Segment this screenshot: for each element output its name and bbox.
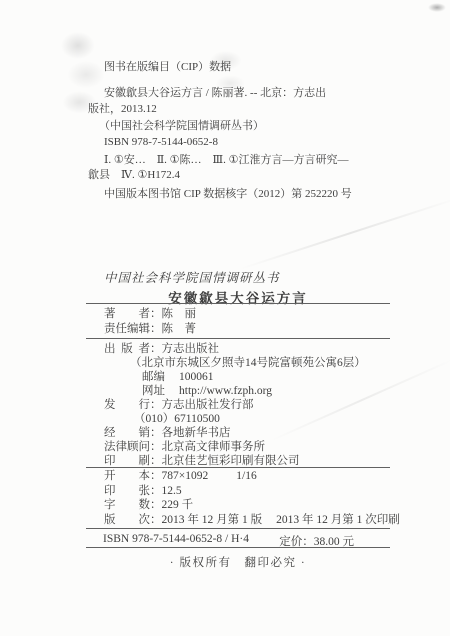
- distribution-label: 发行: [104, 398, 150, 412]
- cip-heading: 图书在版编目（CIP）数据: [86, 60, 392, 76]
- sheets-value: 12.5: [162, 485, 182, 497]
- distributor-name: 方志出版社发行部: [162, 399, 254, 411]
- website-value: http://www.fzph.org: [179, 385, 272, 397]
- book-title: 安徽歙县大谷运方言: [86, 287, 390, 307]
- divider: [86, 303, 390, 304]
- colon: ：: [150, 499, 162, 511]
- edition-row: 版次：2013 年 12 月第 1 版2013 年 12 月第 1 次印刷: [86, 513, 390, 528]
- website-row: 网址http://www.fzph.org: [86, 384, 390, 398]
- series-name: 中国社会科学院国情调研丛书: [104, 268, 280, 286]
- author-name: 陈 丽: [162, 308, 197, 320]
- cip-entry-line: 安徽歙县大谷运方言 / 陈丽著. -- 北京：方志出: [86, 86, 392, 102]
- cip-class-line: 歙县 Ⅳ. ①H172.4: [86, 168, 392, 184]
- specs-block: 开本：787×10921/16 印张：12.5 字数：229 千 版次：2013…: [86, 469, 390, 527]
- scan-speck: [428, 3, 446, 12]
- publishing-block: 出版者：方志出版社 （北京市东城区夕照寺14号院富顿苑公寓6层） 邮编10006…: [86, 342, 390, 468]
- edition-label: 版次: [104, 513, 150, 528]
- distribution-row: 发行：方志出版社发行部: [86, 398, 390, 412]
- colon: ：: [150, 441, 162, 453]
- printing-row: 印刷：北京佳艺恒彩印刷有限公司: [86, 454, 390, 468]
- sheets-row: 印张：12.5: [86, 484, 390, 499]
- divider: [86, 467, 390, 468]
- cip-block: 图书在版编目（CIP）数据 安徽歙县大谷运方言 / 陈丽著. -- 北京：方志出…: [86, 60, 392, 203]
- website-label: 网址: [142, 385, 165, 397]
- postcode-row: 邮编100061: [86, 370, 390, 384]
- divider: [86, 338, 390, 339]
- colon: ：: [150, 323, 162, 335]
- legal-row: 法律顾问：北京高文律师事务所: [86, 440, 390, 454]
- divider: [86, 547, 390, 548]
- sales-row: 经销：各地新华书店: [86, 426, 390, 440]
- cip-record-number: 中国版本图书馆 CIP 数据核字（2012）第 252220 号: [86, 187, 392, 203]
- edition-value: 2013 年 12 月第 1 版: [162, 514, 263, 526]
- colon: ：: [150, 399, 162, 411]
- cip-series-line: （中国社会科学院国情调研丛书）: [86, 119, 392, 135]
- wordcount-value: 229 千: [162, 499, 194, 511]
- cip-class-line: Ⅰ. ①安… Ⅱ. ①陈… Ⅲ. ①江淮方言—方言研究—: [86, 153, 392, 169]
- cip-isbn-line: ISBN 978-7-5144-0652-8: [86, 135, 392, 151]
- wordcount-row: 字数：229 千: [86, 498, 390, 513]
- colon: ：: [150, 485, 162, 497]
- format-fraction: 1/16: [236, 470, 256, 482]
- publisher-name: 方志出版社: [162, 343, 220, 355]
- author-row: 著者：陈 丽: [86, 307, 390, 322]
- editor-name: 陈 菁: [162, 323, 197, 335]
- publisher-row: 出版者：方志出版社: [86, 342, 390, 356]
- legal-value: 北京高文律师事务所: [162, 441, 266, 453]
- distribution-phone: （010）67110500: [86, 412, 390, 426]
- legal-label: 法律顾问: [104, 440, 150, 454]
- colon: ：: [150, 470, 162, 482]
- colon: ：: [150, 308, 162, 320]
- printer-name: 北京佳艺恒彩印刷有限公司: [162, 455, 300, 467]
- publisher-label: 出版者: [104, 342, 150, 356]
- format-label: 开本: [104, 469, 150, 484]
- cip-entry-line: 版社，2013.12: [86, 102, 392, 118]
- impression-value: 2013 年 12 月第 1 次印刷: [276, 514, 400, 526]
- wordcount-label: 字数: [104, 498, 150, 513]
- copyright-notice: · 版权所有 翻印必究 ·: [86, 554, 390, 570]
- format-row: 开本：787×10921/16: [86, 469, 390, 484]
- sheets-label: 印张: [104, 484, 150, 499]
- postcode-value: 100061: [179, 371, 214, 383]
- scan-crease: [240, 197, 450, 270]
- divider: [86, 528, 390, 529]
- sales-label: 经销: [104, 426, 150, 440]
- editor-row: 责任编辑：陈 菁: [86, 322, 390, 337]
- scanned-copyright-page: 图书在版编目（CIP）数据 安徽歙县大谷运方言 / 陈丽著. -- 北京：方志出…: [0, 0, 450, 636]
- author-label: 著者: [104, 307, 150, 322]
- colon: ：: [150, 514, 162, 526]
- printing-label: 印刷: [104, 454, 150, 468]
- colon: ：: [150, 427, 162, 439]
- editors-block: 著者：陈 丽 责任编辑：陈 菁: [86, 307, 390, 337]
- sales-value: 各地新华书店: [162, 427, 231, 439]
- publisher-address: （北京市东城区夕照寺14号院富顿苑公寓6层）: [86, 356, 390, 370]
- colon: ：: [150, 343, 162, 355]
- editor-label: 责任编辑: [104, 322, 150, 337]
- postcode-label: 邮编: [142, 371, 165, 383]
- format-value: 787×1092: [162, 470, 209, 482]
- colon: ：: [150, 455, 162, 467]
